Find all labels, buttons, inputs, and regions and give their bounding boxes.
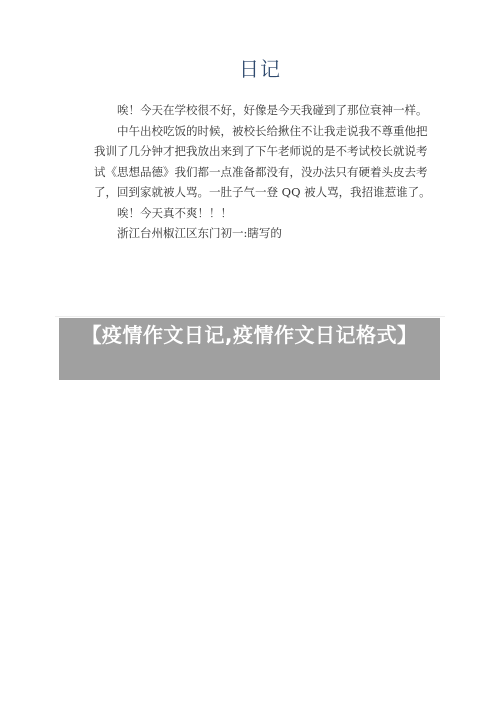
- document-title: 日记: [0, 56, 500, 82]
- paragraph: 中午出校吃饭的时候，被校长给揪住不让我走说我不尊重他把我训了几分钟才把我放出来到…: [94, 121, 434, 203]
- document-page: 日记 唉！今天在学校很不好，好像是今天我碰到了那位衰神一样。 中午出校吃饭的时候…: [0, 0, 500, 706]
- paragraph: 唉！今天在学校很不好，好像是今天我碰到了那位衰神一样。: [94, 100, 434, 121]
- title-banner: 【疫情作文日记,疫情作文日记格式】: [59, 318, 440, 380]
- banner-text: 【疫情作文日记,疫情作文日记格式】: [81, 323, 417, 347]
- divider: [55, 316, 445, 317]
- document-body: 唉！今天在学校很不好，好像是今天我碰到了那位衰神一样。 中午出校吃饭的时候，被校…: [94, 100, 434, 244]
- paragraph: 浙江台州椒江区东门初一:瞎写的: [94, 223, 434, 244]
- paragraph: 唉！今天真不爽！！！: [94, 203, 434, 224]
